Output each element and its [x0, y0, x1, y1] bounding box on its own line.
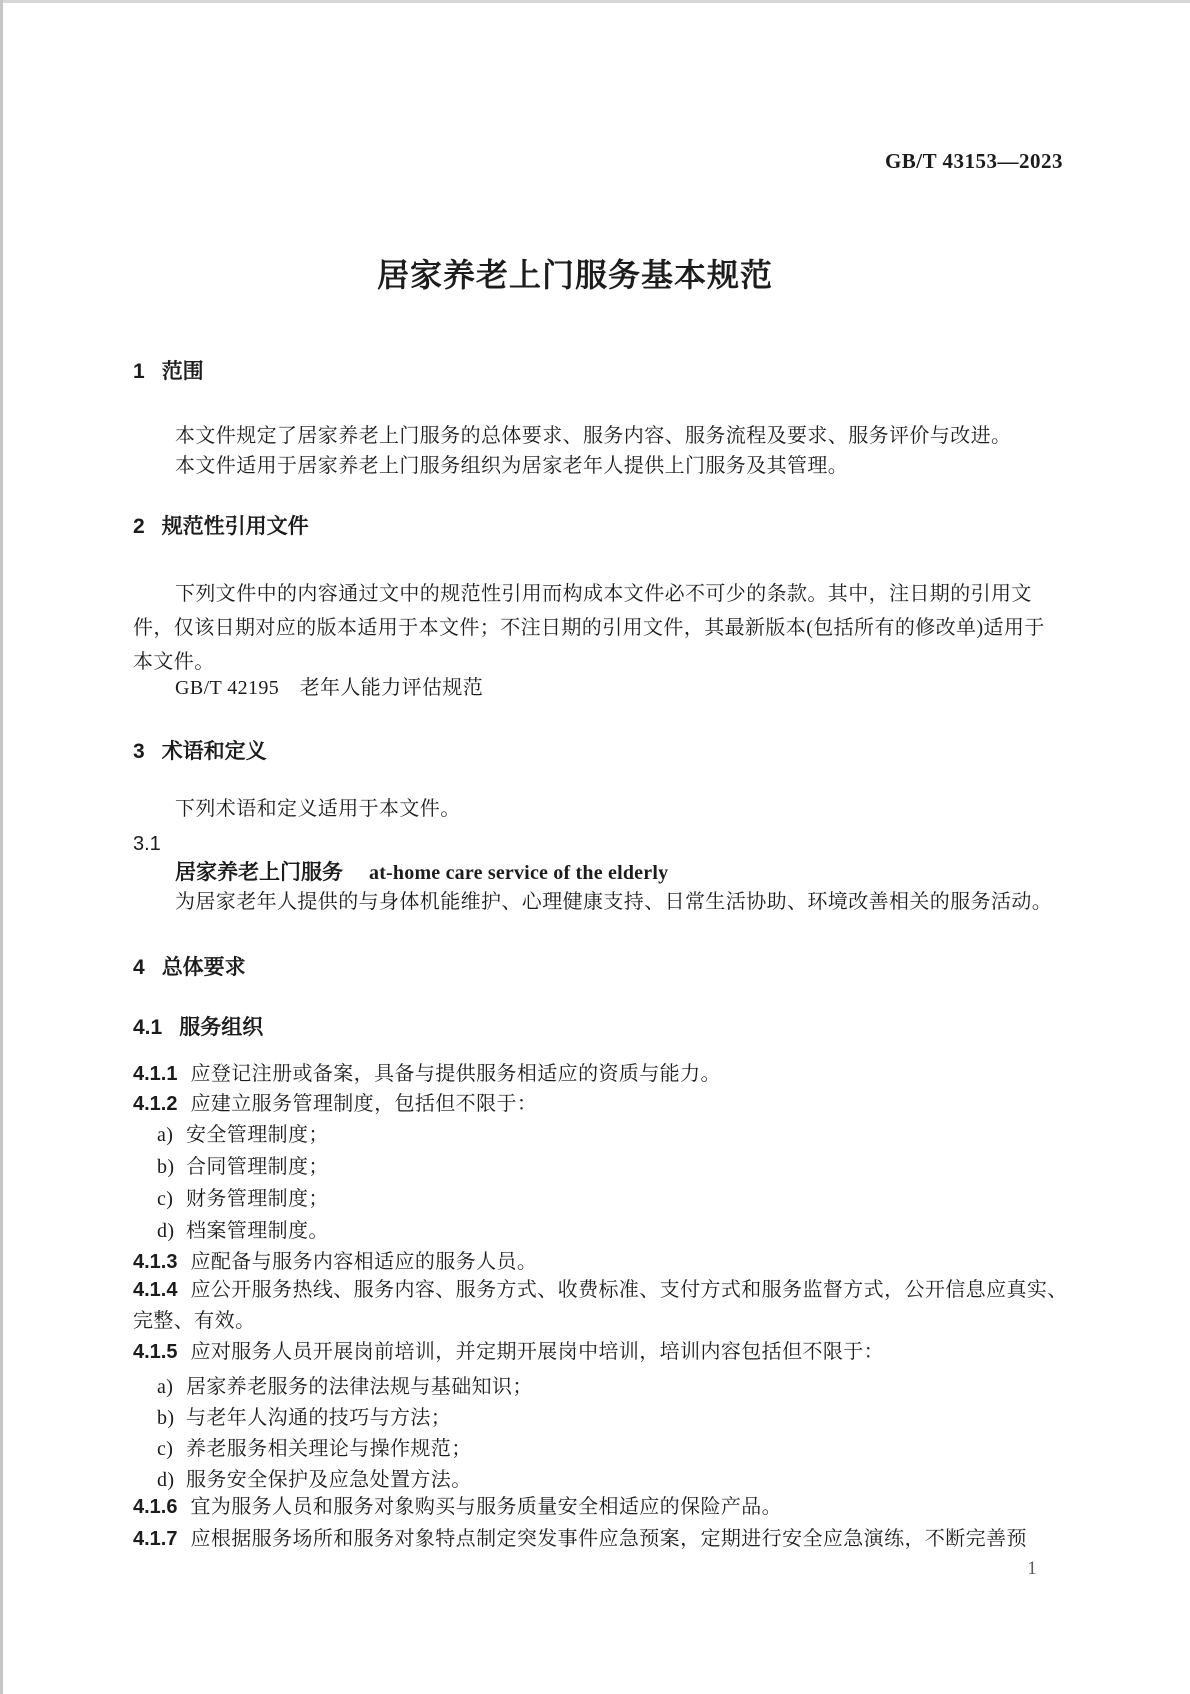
clause-line: 4.1.4应公开服务热线、服务内容、服务方式、收费标准、支付方式和服务监督方式，… — [133, 1275, 1060, 1306]
clause-4-1-2: 4.1.2应建立服务管理制度，包括但不限于： — [133, 1088, 1060, 1121]
list-item-text: 合同管理制度； — [186, 1156, 329, 1178]
term-chinese: 居家养老上门服务 — [175, 861, 343, 884]
section-3-heading: 3术语和定义 — [133, 735, 1060, 768]
list-item: c)财务管理制度； — [133, 1183, 1060, 1215]
clause-number: 4.1.1 — [133, 1063, 177, 1085]
list-item-text: 档案管理制度。 — [186, 1220, 329, 1242]
document-title: 居家养老上门服务基本规范 — [0, 250, 1150, 296]
clause-4-1-7: 4.1.7应根据服务场所和服务对象特点制定突发事件应急预案，定期进行安全应急演练… — [133, 1523, 1060, 1556]
clause-4-1-5-list: a)居家养老服务的法律法规与基础知识； b)与老年人沟通的技巧与方法； c)养老… — [133, 1372, 1060, 1496]
clause-text: 应配备与服务内容相适应的服务人员。 — [190, 1251, 537, 1273]
section-1-title: 范围 — [162, 360, 204, 383]
clause-number: 4.1.2 — [133, 1093, 177, 1115]
standard-code: GB/T 43153—2023 — [0, 149, 1063, 174]
clause-number: 4.1.6 — [133, 1496, 177, 1518]
list-item-text: 与老年人沟通的技巧与方法； — [186, 1407, 451, 1429]
list-item: c)养老服务相关理论与操作规范； — [133, 1434, 1060, 1465]
list-marker: a) — [157, 1372, 186, 1403]
clause-text: 应根据服务场所和服务对象特点制定突发事件应急预案，定期进行安全应急演练，不断完善… — [190, 1528, 1026, 1550]
clause-4-1-6: 4.1.6宜为服务人员和服务对象购买与服务质量安全相适应的保险产品。 — [133, 1491, 1060, 1524]
section-1-number: 1 — [133, 360, 145, 383]
list-item: b)与老年人沟通的技巧与方法； — [133, 1403, 1060, 1434]
scope-paragraph-2: 本文件适用于居家养老上门服务组织为居家老年人提供上门服务及其管理。 — [133, 450, 1060, 483]
clause-text: 宜为服务人员和服务对象购买与服务质量安全相适应的保险产品。 — [190, 1496, 782, 1518]
list-marker: d) — [157, 1215, 186, 1247]
list-marker: b) — [157, 1151, 186, 1183]
list-marker: b) — [157, 1403, 186, 1434]
paragraph-line: 下列文件中的内容通过文中的规范性引用而构成本文件必不可少的条款。其中，注日期的引… — [133, 577, 1060, 611]
section-3-number: 3 — [133, 740, 145, 763]
list-marker: c) — [157, 1183, 186, 1215]
section-4-1-heading: 4.1服务组织 — [133, 1011, 1060, 1044]
clause-text: 应公开服务热线、服务内容、服务方式、收费标准、支付方式和服务监督方式，公开信息应… — [190, 1279, 1067, 1301]
clause-text: 应建立服务管理制度，包括但不限于： — [190, 1093, 537, 1115]
clause-4-1-4: 4.1.4应公开服务热线、服务内容、服务方式、收费标准、支付方式和服务监督方式，… — [133, 1275, 1060, 1337]
clause-number: 4.1.5 — [133, 1341, 177, 1363]
section-4-1-number: 4.1 — [133, 1016, 162, 1039]
clause-text: 应登记注册或备案，具备与提供服务相适应的资质与能力。 — [190, 1063, 720, 1085]
clause-line: 完整、有效。 — [133, 1306, 1060, 1337]
list-item: a)居家养老服务的法律法规与基础知识； — [133, 1372, 1060, 1403]
section-1-heading: 1范围 — [133, 355, 1060, 388]
reference-entry: GB/T 42195 老年人能力评估规范 — [133, 672, 1060, 705]
section-4-heading: 4总体要求 — [133, 951, 1060, 984]
section-3-title: 术语和定义 — [162, 740, 267, 763]
section-2-title: 规范性引用文件 — [162, 515, 309, 538]
clause-number: 4.1.3 — [133, 1251, 177, 1273]
term-english: at-home care service of the elderly — [369, 862, 668, 884]
list-item-text: 养老服务相关理论与操作规范； — [186, 1438, 472, 1460]
clause-number: 4.1.4 — [133, 1279, 177, 1301]
section-2-number: 2 — [133, 515, 145, 538]
paragraph-line: 件，仅该日期对应的版本适用于本文件；不注日期的引用文件，其最新版本(包括所有的修… — [133, 611, 1060, 645]
clause-4-1-2-list: a)安全管理制度； b)合同管理制度； c)财务管理制度； d)档案管理制度。 — [133, 1119, 1060, 1247]
term-definition: 为居家老年人提供的与身体机能维护、心理健康支持、日常生活协助、环境改善相关的服务… — [133, 886, 1060, 919]
list-item: b)合同管理制度； — [133, 1151, 1060, 1183]
list-item: a)安全管理制度； — [133, 1119, 1060, 1151]
clause-4-1-5: 4.1.5应对服务人员开展岗前培训，并定期开展岗中培训，培训内容包括但不限于： — [133, 1336, 1060, 1369]
clause-number: 4.1.7 — [133, 1528, 177, 1550]
section-4-number: 4 — [133, 956, 145, 979]
scope-paragraph-1: 本文件规定了居家养老上门服务的总体要求、服务内容、服务流程及要求、服务评价与改进… — [133, 420, 1060, 453]
section-4-1-title: 服务组织 — [179, 1016, 263, 1039]
list-item-text: 服务安全保护及应急处置方法。 — [186, 1469, 472, 1491]
page-number: 1 — [1016, 1558, 1048, 1580]
list-marker: a) — [157, 1119, 186, 1151]
clause-text: 应对服务人员开展岗前培训，并定期开展岗中培训，培训内容包括但不限于： — [190, 1341, 884, 1363]
list-item-text: 居家养老服务的法律法规与基础知识； — [186, 1376, 533, 1398]
list-marker: c) — [157, 1434, 186, 1465]
list-item-text: 安全管理制度； — [186, 1124, 329, 1146]
list-item: d)档案管理制度。 — [133, 1215, 1060, 1247]
document-page: GB/T 43153—2023 居家养老上门服务基本规范 1范围 本文件规定了居… — [0, 0, 1190, 1694]
section-2-heading: 2规范性引用文件 — [133, 510, 1060, 543]
section-4-title: 总体要求 — [162, 956, 246, 979]
terms-intro: 下列术语和定义适用于本文件。 — [133, 793, 1060, 826]
normative-references-paragraph: 下列文件中的内容通过文中的规范性引用而构成本文件必不可少的条款。其中，注日期的引… — [133, 577, 1060, 679]
list-item-text: 财务管理制度； — [186, 1188, 329, 1210]
clause-4-1-1: 4.1.1应登记注册或备案，具备与提供服务相适应的资质与能力。 — [133, 1058, 1060, 1091]
